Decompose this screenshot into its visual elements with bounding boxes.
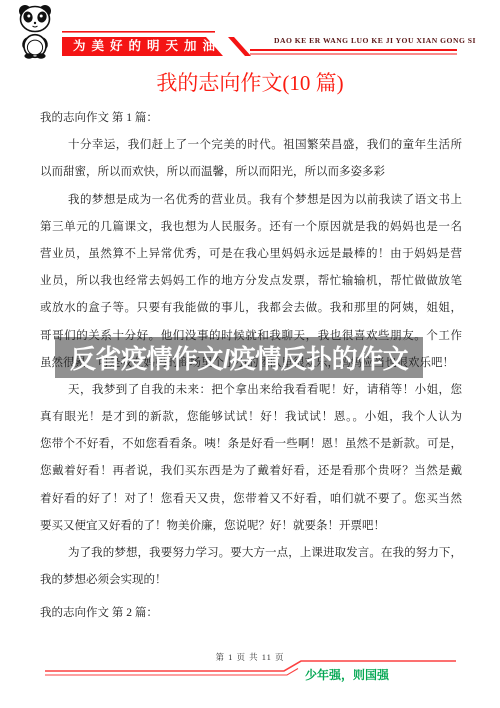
text-line: 营业员，虽然算不上异常优秀，可是在我心里妈妈永远是最棒的！由于妈妈是营	[40, 241, 462, 268]
footer-slogan: 少年强，则国强	[305, 666, 389, 683]
text-line: 要买又便宜又好看的了！物美价廉，您说呢？好！就要条！开票吧！	[40, 513, 462, 540]
page-title: 我的志向作文(10 篇)	[0, 68, 500, 98]
text-line: 着好看的好了！对了！您看天又贵，您带着又不好看，咱们就不要了。您买当然	[40, 486, 462, 513]
text-line: 我的梦想必须会实现的！	[40, 567, 462, 594]
text-line: 我的梦想是成为一名优秀的营业员。我有个梦想是因为以前我读了语文书上	[40, 187, 462, 214]
document-page: 为美好的明天加油 DAO KE ER WANG LUO KE JI YOU XI…	[0, 0, 500, 708]
company-pinyin-text: DAO KE ER WANG LUO KE JI YOU XIAN GONG S…	[274, 36, 458, 47]
header-slogan-banner: 为美好的明天加油	[62, 37, 223, 56]
text-line: 真有眼光！是才到的新款，您能够试试！好！我试试！恩。。小姐，我个人认为	[40, 404, 462, 431]
text-line: 您带个不好看，不如您看看条。咦！条是好看一些啊！恩！虽然不是新款。可是，	[40, 431, 462, 458]
text-line: 为了我的梦想，我要努力学习。要大方一点，上课进取发言。在我的努力下，	[40, 540, 462, 567]
paragraph-heading: 我的志向作文 第 1 篇：	[40, 105, 462, 132]
text-line: 您戴着好看！再者说，我们买东西是为了戴着好看，还是看那个贵呀？当然是戴	[40, 458, 462, 485]
watermark-overlay-band: 反省疫情作文/疫情反扑的作文	[55, 337, 423, 378]
paragraph-heading: 我的志向作文 第 2 篇：	[40, 600, 462, 627]
text-line: 以而甜蜜，所以而欢快，所以而温馨，所以而阳光，所以而多姿多彩	[40, 159, 462, 186]
watermark-overlay-text: 反省疫情作文/疫情反扑的作文	[70, 339, 408, 376]
text-line: 第三单元的几篇课文，我也想为人民服务。还有一个原因就是我的妈妈也是一名	[40, 214, 462, 241]
text-line: 天，我梦到了自我的未来：把个拿出来给我看看呢！好，请稍等！小姐，您	[40, 377, 462, 404]
text-line: 十分幸运，我们赶上了一个完美的时代。祖国繁荣昌盛，我们的童年生活所	[40, 132, 462, 159]
page-number-indicator: 第 1 页 共 11 页	[0, 651, 500, 663]
header-ribbon-decoration	[0, 0, 500, 70]
text-line: 业员，所以我也经常去妈妈工作的地方分发点发票，帮忙输输机，帮忙做做放笔	[40, 268, 462, 295]
text-line: 或放水的盒子等。只要有我能做的事儿，我都会去做。我和那里的阿姨，姐姐，	[40, 295, 462, 322]
